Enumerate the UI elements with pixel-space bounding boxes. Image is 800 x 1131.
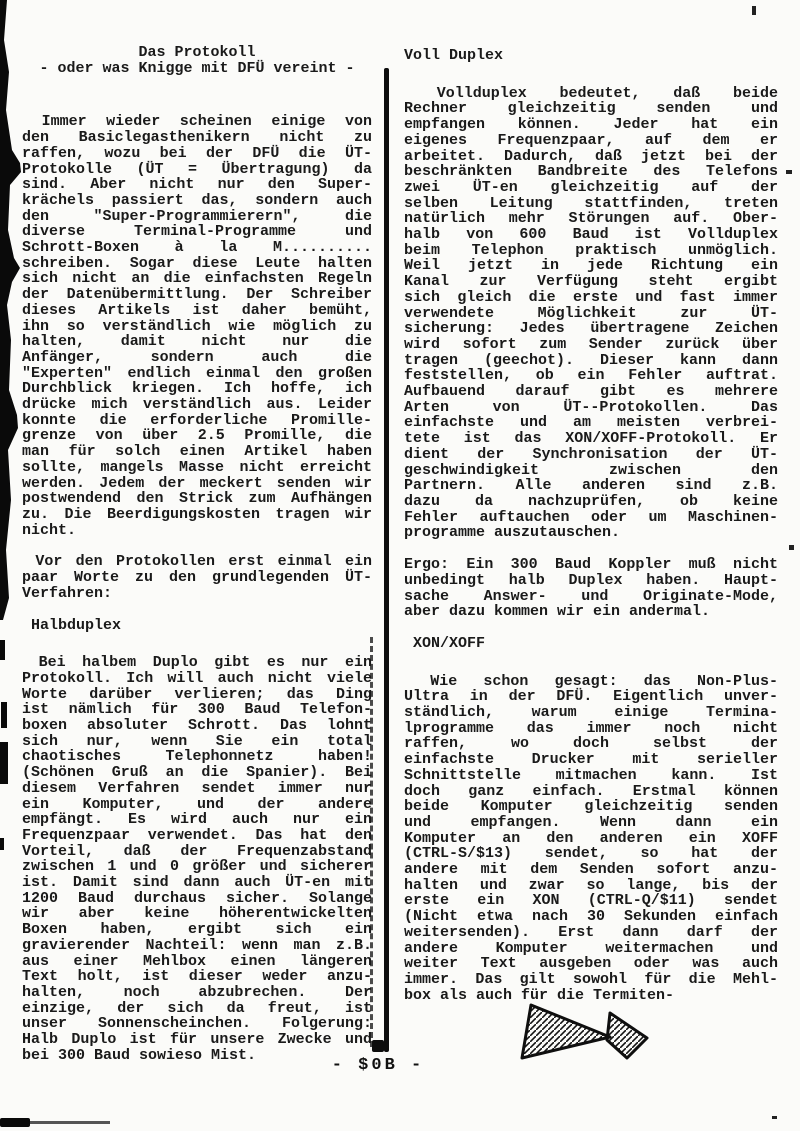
text-line: Rechner gleichzeitig senden und xyxy=(404,101,778,117)
paragraph: Wie schon gesagt: das Non-Plus-Ultra in … xyxy=(404,674,778,1004)
text-line: ständlich, warum einige Termina- xyxy=(404,705,778,721)
text-line: aber dazu kommen wir ein andermal. xyxy=(404,604,778,620)
text-line: halb von 600 Baud ist Vollduplex xyxy=(404,227,778,243)
text-line: doch ganz einfach. Erstmal können xyxy=(404,784,778,800)
text-line: Halbduplex xyxy=(22,618,372,634)
text-line: Arten von ÜT--Protokollen. Das xyxy=(404,400,778,416)
text-line: weitersenden). Erst dann darf der xyxy=(404,925,778,941)
text-line: beide Komputer gleichzeitig senden xyxy=(404,799,778,815)
text-line: diesem Verfahren sendet immer nur xyxy=(22,781,372,797)
left-text-column: Das Protokoll- oder was Knigge mit DFÜ v… xyxy=(22,45,372,1063)
text-line: boxen absoluter Schrott. Das lohnt xyxy=(22,718,372,734)
text-line: krächels passiert das, sondern auch xyxy=(22,193,372,209)
text-line: postwendend den Strick zum Aufhängen xyxy=(22,491,372,507)
text-line: einfachste und am meisten verbrei- xyxy=(404,415,778,431)
text-line: drücke mich verständlich aus. Leider xyxy=(22,397,372,413)
text-line: ist. Damit sind dann auch ÜT-en mit xyxy=(22,875,372,891)
text-line: (Nicht etwa nach 30 Sekunden einfach xyxy=(404,909,778,925)
text-line: grenze von über 2.5 Promille, die xyxy=(22,428,372,444)
text-line: den Basiclegasthenikern nicht zu xyxy=(22,130,372,146)
text-line: beschränkten Bandbreite des Telefons xyxy=(404,164,778,180)
text-line: paar Worte zu den grundlegenden ÜT- xyxy=(22,570,372,586)
text-line: Fehler auftauchen oder um Maschinen- xyxy=(404,510,778,526)
paragraph: Bei halbem Duplo gibt es nur einProtokol… xyxy=(22,655,372,1063)
text-line: Partnern. Alle anderen sind z.B. xyxy=(404,478,778,494)
text-line: empfängt. Es wird auch nur ein xyxy=(22,812,372,828)
text-line: zu. Die Beerdigungskosten tragen wir xyxy=(22,507,372,523)
text-line: unser Sonnenscheinchen. Folgerung: xyxy=(22,1016,372,1032)
text-line: lprogramme das immer noch nicht xyxy=(404,721,778,737)
text-line: Ultra in der DFÜ. Eigentlich unver- xyxy=(404,689,778,705)
text-line: unbedingt halb Duplex haben. Haupt- xyxy=(404,573,778,589)
text-line: dient der Synchronisation der ÜT- xyxy=(404,447,778,463)
text-line: ein Komputer, und der andere xyxy=(22,797,372,813)
text-line: halten und zwar so lange, bis der xyxy=(404,878,778,894)
text-line: Voll Duplex xyxy=(404,48,778,64)
text-line: chaotisches Telephonnetz haben! xyxy=(22,749,372,765)
text-line: halten, noch abzubrechen. Der xyxy=(22,985,372,1001)
text-line: Schrott-Boxen à la M.......... xyxy=(22,240,372,256)
text-line: immer. Das gilt sowohl für die Mehl- xyxy=(404,972,778,988)
text-line: selben Leitung stattfinden, treten xyxy=(404,196,778,212)
text-line: diverse Terminal-Programme und xyxy=(22,224,372,240)
article-title: Das Protokoll- oder was Knigge mit DFÜ v… xyxy=(22,45,372,76)
text-line: (Schönen Gruß an die Spanier). Bei xyxy=(22,765,372,781)
text-line: sich nicht an die einfachsten Regeln xyxy=(22,271,372,287)
paragraph: Immer wieder scheinen einige vonden Basi… xyxy=(22,114,372,538)
scan-speck xyxy=(772,1116,777,1119)
text-line: feststellen, ob ein Fehler auftrat. xyxy=(404,368,778,384)
text-line: sich gleich die erste und fast immer xyxy=(404,290,778,306)
section-heading: Halbduplex xyxy=(22,618,372,634)
text-line: Immer wieder scheinen einige von xyxy=(22,114,372,130)
text-line: Bei halbem Duplo gibt es nur ein xyxy=(22,655,372,671)
text-line: Durchblick kriegen. Ich hoffe, ich xyxy=(22,381,372,397)
section-heading: Voll Duplex xyxy=(404,48,778,64)
hand-drawn-right-arrow-icon xyxy=(518,1000,658,1068)
text-line: den "Super-Programmierern", die xyxy=(22,209,372,225)
text-line: sache Answer- und Originate-Mode, xyxy=(404,589,778,605)
text-line: Verfahren: xyxy=(22,586,372,602)
text-line: raffen, wozu bei der DFÜ die ÜT- xyxy=(22,146,372,162)
text-line: beim Telephon praktisch unmöglich. xyxy=(404,243,778,259)
text-line: schreiben. Sogar diese Leute halten xyxy=(22,256,372,272)
text-line: XON/XOFF xyxy=(404,636,778,652)
text-line: sich nur, wenn Sie ein total xyxy=(22,734,372,750)
text-line: ihn so verständlich wie möglich zu xyxy=(22,319,372,335)
divider-ink-blot xyxy=(372,1040,384,1052)
text-line: verwendete Möglichkeit zur ÜT- xyxy=(404,306,778,322)
text-line: einzige, der sich da freut, ist xyxy=(22,1001,372,1017)
text-line: Vorteil, daß der Frequenzabstand xyxy=(22,844,372,860)
text-line: 1200 Baud durchaus sicher. Solange xyxy=(22,891,372,907)
text-line: einfachste Drucker mit serieller xyxy=(404,752,778,768)
text-line: Text holt, ist dieser weder anzu- xyxy=(22,969,372,985)
text-line: eigenes Frequenzpaar, auf dem er xyxy=(404,133,778,149)
paragraph: Vollduplex bedeutet, daß beideRechner gl… xyxy=(404,86,778,541)
text-line: wir aber keine höherentwickelten xyxy=(22,906,372,922)
text-line: Das Protokoll xyxy=(22,45,372,61)
text-line: sicherung: Jedes übertragene Zeichen xyxy=(404,321,778,337)
text-line: dazu da nachzuprüfen, ob keine xyxy=(404,494,778,510)
text-line: Ergo: Ein 300 Baud Koppler muß nicht xyxy=(404,557,778,573)
text-line: andere Komputer weitermachen und xyxy=(404,941,778,957)
text-line: der Datenübermittlung. Der Schreiber xyxy=(22,287,372,303)
scanned-article-page: Das Protokoll- oder was Knigge mit DFÜ v… xyxy=(0,0,800,1131)
arrow-head xyxy=(607,1013,647,1058)
text-line: Wie schon gesagt: das Non-Plus- xyxy=(404,674,778,690)
text-line: Aufbauend darauf gibt es mehrere xyxy=(404,384,778,400)
text-line: zwei ÜT-en gleichzeitig auf der xyxy=(404,180,778,196)
text-line: weiter Text ausgeben oder was auch xyxy=(404,956,778,972)
text-line: zwischen 1 und 0 größer und sicherer xyxy=(22,859,372,875)
scan-speck xyxy=(786,170,792,174)
text-line: Anfänger, sondern auch die xyxy=(22,350,372,366)
text-line: halten, damit nicht nur die xyxy=(22,334,372,350)
text-line: ist nämlich für 300 Baud Telefon- xyxy=(22,702,372,718)
text-line: nicht. xyxy=(22,523,372,539)
text-line: Boxen haben, ergibt sich ein xyxy=(22,922,372,938)
text-line: tragen (geechot). Dieser kann dann xyxy=(404,353,778,369)
paragraph: Vor den Protokollen erst einmal einpaar … xyxy=(22,554,372,601)
text-line: Komputer an den anderen ein XOFF xyxy=(404,831,778,847)
text-line: werden. Jedem der meckert senden wir xyxy=(22,476,372,492)
text-line: Kanal zur Verfügung steht ergibt xyxy=(404,274,778,290)
text-line: man für solch einen Artikel haben xyxy=(22,444,372,460)
scan-speck xyxy=(752,6,756,15)
text-line: raffen, wo doch selbst der xyxy=(404,736,778,752)
text-line: Schnittstelle mitmachen kann. Ist xyxy=(404,768,778,784)
text-line: sollte, mangels Masse nicht erreicht xyxy=(22,460,372,476)
right-text-column: Voll Duplex Vollduplex bedeutet, daß bei… xyxy=(404,48,778,1003)
paragraph: Ergo: Ein 300 Baud Koppler muß nichtunbe… xyxy=(404,557,778,620)
text-line: empfangen können. Jeder hat ein xyxy=(404,117,778,133)
arrow-body xyxy=(522,1005,610,1058)
column-divider xyxy=(384,68,389,1052)
text-line: wird sofort zum Sender zurück über xyxy=(404,337,778,353)
text-line: arbeitet. Dadurch, daß jetzt bei der xyxy=(404,149,778,165)
text-line: Vollduplex bedeutet, daß beide xyxy=(404,86,778,102)
text-line: Protokolle (ÜT = Übertragung) da xyxy=(22,162,372,178)
text-line: erste ein XON (CTRL-Q/$11) sendet xyxy=(404,893,778,909)
text-line: sind. Aber nicht nur den Super- xyxy=(22,177,372,193)
text-line: Weil jetzt in jede Richtung ein xyxy=(404,258,778,274)
text-line: aus einer Mehlbox einen längeren xyxy=(22,954,372,970)
text-line: geschwindigkeit zwischen den xyxy=(404,463,778,479)
text-line: Frequenzpaar verwendet. Das hat den xyxy=(22,828,372,844)
text-line: natürlich mehr Störungen auf. Ober- xyxy=(404,211,778,227)
text-line: andere mit dem Senden sofort anzu- xyxy=(404,862,778,878)
text-line: gravierender Nachteil: wenn man z.B. xyxy=(22,938,372,954)
text-line: Worte darüber verlieren; das Ding xyxy=(22,687,372,703)
text-line: tete ist das XON/XOFF-Protokoll. Er xyxy=(404,431,778,447)
text-line: konnte die erforderliche Promille- xyxy=(22,413,372,429)
page-number-label: - $0B - xyxy=(318,1056,438,1075)
text-line: (CTRL-S/$13) sendet, so hat der xyxy=(404,846,778,862)
text-line: Vor den Protokollen erst einmal ein xyxy=(22,554,372,570)
text-line: programme auszutauschen. xyxy=(404,525,778,541)
section-heading: XON/XOFF xyxy=(404,636,778,652)
scan-speck xyxy=(789,545,794,550)
text-line: dieses Artikels ist daher bemüht, xyxy=(22,303,372,319)
text-line: Protokoll. Ich will auch nicht viele xyxy=(22,671,372,687)
text-line: - oder was Knigge mit DFÜ vereint - xyxy=(22,61,372,77)
text-line: Halb Duplo ist für unsere Zwecke und xyxy=(22,1032,372,1048)
text-line: "Experten" endlich einmal den großen xyxy=(22,366,372,382)
text-line: und empfangen. Wenn dann ein xyxy=(404,815,778,831)
